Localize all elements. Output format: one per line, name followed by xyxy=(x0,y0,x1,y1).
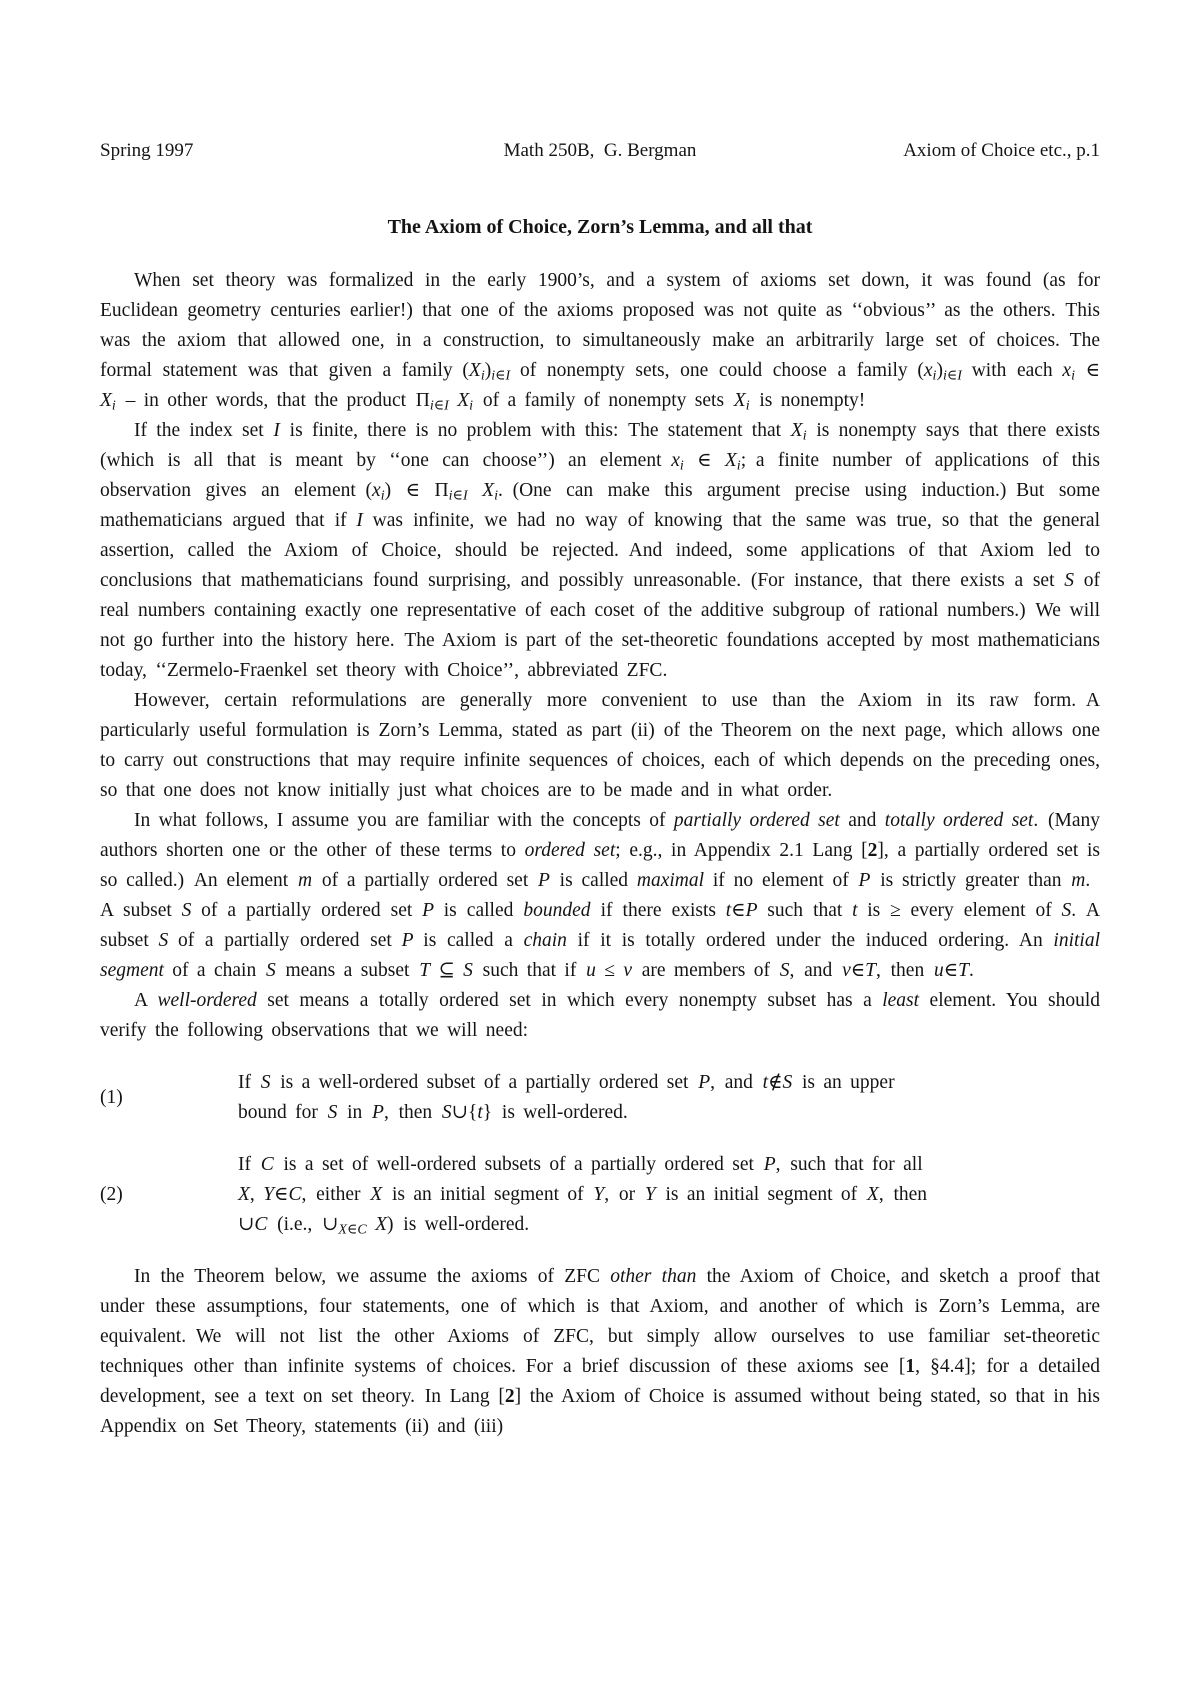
paragraph-intro: When set theory was formalized in the ea… xyxy=(100,266,1100,416)
paragraph-reformulations: However, certain reformulations are gene… xyxy=(100,686,1100,806)
observation-1: (1) If S is a well-ordered subset of a p… xyxy=(100,1068,1100,1128)
document-page: Spring 1997 Math 250B, G. Bergman Axiom … xyxy=(0,0,1200,1698)
observation-2-number: (2) xyxy=(100,1180,238,1210)
header-term: Spring 1997 xyxy=(100,140,394,162)
paragraph-well-ordered: A well-ordered set means a totally order… xyxy=(100,986,1100,1046)
paragraph-closing: In the Theorem below, we assume the axio… xyxy=(100,1262,1100,1442)
document-body: When set theory was formalized in the ea… xyxy=(100,266,1100,1442)
paragraph-finite-case: If the index set I is finite, there is n… xyxy=(100,416,1100,686)
document-title: The Axiom of Choice, Zorn’s Lemma, and a… xyxy=(100,214,1100,240)
observation-2: (2) If C is a set of well-ordered subset… xyxy=(100,1150,1100,1240)
observation-1-text: If S is a well-ordered subset of a parti… xyxy=(238,1068,938,1128)
header-doc-title-pagenum: Axiom of Choice etc., p.1 xyxy=(806,140,1100,162)
observation-2-text: If C is a set of well-ordered subsets of… xyxy=(238,1150,938,1240)
observation-1-number: (1) xyxy=(100,1083,238,1113)
header-course-author: Math 250B, G. Bergman xyxy=(394,140,806,162)
paragraph-definitions: In what follows, I assume you are famili… xyxy=(100,806,1100,986)
page-header: Spring 1997 Math 250B, G. Bergman Axiom … xyxy=(100,140,1100,162)
